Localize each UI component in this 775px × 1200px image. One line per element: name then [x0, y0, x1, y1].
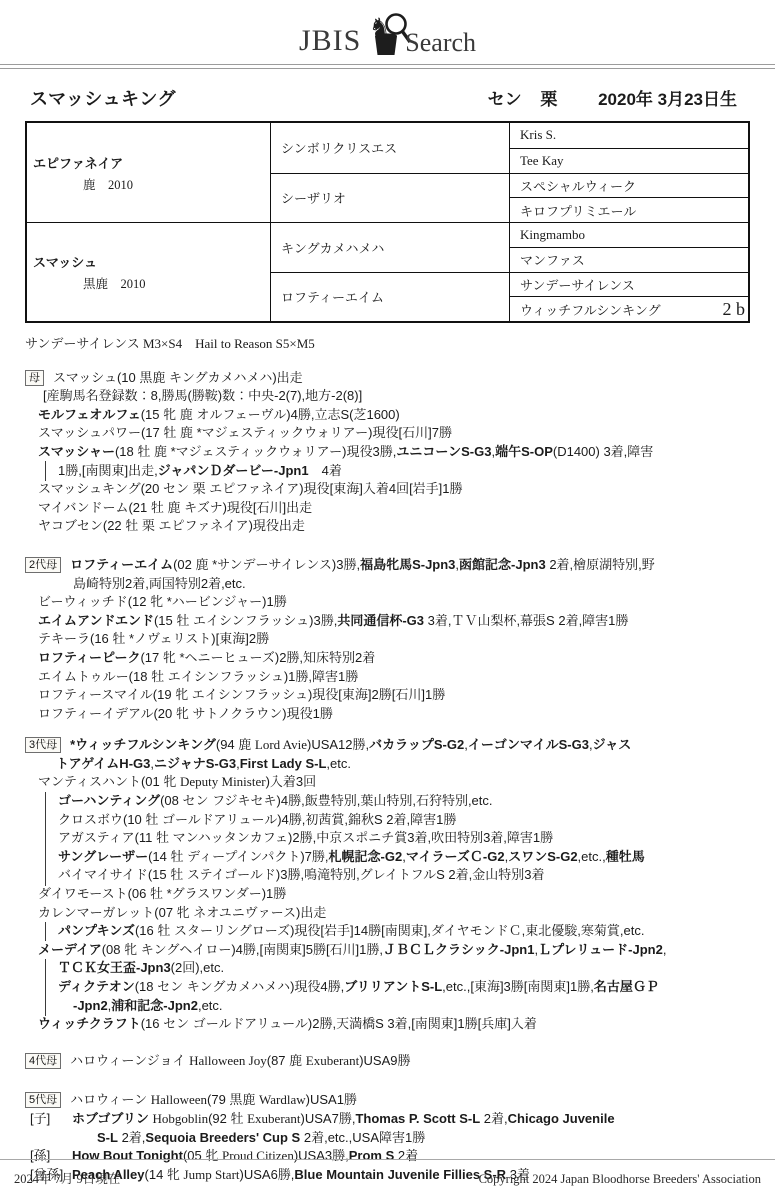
text-segment: マイバンドーム(21 牡 鹿 キズナ)現役[石川]出走	[38, 500, 312, 515]
dam-sire-cell: キングカメハメハ	[270, 222, 509, 272]
pedigree-line: ＴＣＫ女王盃-Jpn3(2回),etc.	[25, 959, 755, 978]
text-segment: ロフティーエイム	[70, 557, 173, 572]
text-segment: Halloween Joy	[189, 1053, 267, 1068]
text-segment: 福島牝馬S-Jpn3	[360, 557, 455, 572]
text-segment: ロフティースマイル(19 牝 エイシンフラッシュ)現役[東海]2勝[石川]1勝	[38, 687, 445, 702]
text-segment: ,	[663, 942, 667, 957]
generation-badge: 母	[25, 370, 44, 386]
pedigree-line: 3代母*ウィッチフルシンキング(94 鹿 Lord Avie)USA12勝,バカ…	[25, 736, 755, 755]
text-segment: )入着3回	[266, 774, 317, 789]
text-segment: 島崎特別2着,両国特別2着,etc.	[73, 576, 246, 591]
logo-header: JBIS ♞ Search	[0, 0, 775, 56]
text-segment: (79 黒鹿	[207, 1092, 259, 1107]
tree-connector-line	[45, 959, 46, 979]
text-segment: スマッシャー	[38, 444, 115, 459]
tree-connector-line	[45, 866, 46, 886]
text-segment: (94 鹿	[216, 737, 255, 752]
generation-badge: 5代母	[25, 1092, 61, 1108]
pedigree-line: エイムアンドエンド(15 牡 エイシンフラッシュ)3勝,共同通信杯-G3 3着,…	[25, 612, 755, 631]
title-bar: スマッシュキング セン 栗 2020年 3月23日生	[0, 69, 775, 119]
text-segment: ディクテオン	[58, 979, 135, 994]
pedigree-line: [子]ホブゴブリン Hobgoblin(92 牡 Exuberant)USA7勝…	[25, 1110, 755, 1129]
gen3-name: ウィッチフルシンキング	[520, 300, 661, 319]
text-segment: (92 牡	[208, 1111, 247, 1126]
logo-text-search: Search	[405, 30, 476, 56]
as-of-date: 2024年 7月 9日現在	[14, 1169, 120, 1187]
pedigree-line: カレンマーガレット(07 牝 ネオユニヴァース)出走	[25, 904, 755, 923]
text-segment: Sequoia Breeders' Cup S	[145, 1130, 300, 1145]
text-segment: サングレーザー	[58, 849, 148, 864]
pedigree-line: 島崎特別2着,両国特別2着,etc.	[25, 575, 755, 594]
text-segment: ビーウィッチド(12 牝 *ハービンジャー)1勝	[38, 594, 287, 609]
gen3-cell: サンデーサイレンス	[509, 272, 748, 297]
pedigree-line: ダイワモースト(06 牡 *グラスワンダー)1勝	[25, 885, 755, 904]
text-segment: 2着,	[118, 1130, 145, 1145]
pedigree-line: バイマイサイド(15 牡 ステイゴールド)3勝,鳴滝特別,グレイトフルS 2着,…	[25, 866, 755, 885]
text-segment: ダイワモースト(06 牡 *グラスワンダー)1勝	[38, 886, 286, 901]
generation-badge: 2代母	[25, 557, 61, 573]
text-segment: イーゴンマイルS-G3	[468, 737, 589, 752]
text-segment: ハロウィーン	[70, 1092, 151, 1107]
text-segment: メーデイア	[38, 942, 102, 957]
pedigree-line: エイムトゥルー(18 牡 エイシンフラッシュ)1勝,障害1勝	[25, 668, 755, 687]
text-segment: Ｌプレリュード-Jpn2	[538, 942, 663, 957]
dam-cell: スマッシュ 黒鹿 2010	[27, 222, 270, 321]
page-mark: 2 b	[723, 299, 749, 320]
generation-badge: 4代母	[25, 1053, 61, 1069]
pedigree-line: 母スマッシュ(10 黒鹿 キングカメハメハ)出走	[25, 369, 755, 388]
pedigree-line: アガスティア(11 牡 マンハッタンカフェ)2勝,中京スポニチ賞3着,吹田特別3…	[25, 829, 755, 848]
sire-cell: エピファネイア 鹿 2010	[27, 123, 270, 222]
text-segment: 1勝,[南関東]出走,	[58, 463, 158, 478]
text-segment: Exuberant	[306, 1053, 359, 1068]
text-segment: (08 セン フジキセキ)4勝,飯豊特別,葉山特別,石狩特別,etc.	[160, 793, 492, 808]
generation-badge: 3代母	[25, 737, 61, 753]
pedigree-line: 4代母ハロウィーンジョイ Halloween Joy(87 鹿 Exuberan…	[25, 1052, 755, 1071]
gen3-cell: Kingmambo	[509, 222, 748, 247]
pedigree-line: マンティスハント(01 牝 Deputy Minister)入着3回	[25, 773, 755, 792]
text-segment: スマッシュパワー(17 牡 鹿 *マジェスティックウォリアー)現役[石川]7勝	[38, 425, 452, 440]
gen3-cell: マンファス	[509, 247, 748, 272]
text-segment: (17 牝 *ヘニーヒューズ)2勝,知床特別2着	[140, 650, 375, 665]
text-segment: ホブゴブリン	[72, 1111, 149, 1126]
text-segment: )USA9勝	[359, 1053, 410, 1068]
pedigree-line: パンプキンズ(16 牡 スターリングローズ)現役[岩手]14勝[南関東],ダイヤ…	[25, 922, 755, 941]
text-segment: カレンマーガレット(07 牝 ネオユニヴァース)出走	[38, 905, 326, 920]
pedigree-line: ビーウィッチド(12 牝 *ハービンジャー)1勝	[25, 593, 755, 612]
gen3-cell: キロフプリミエール	[509, 197, 748, 222]
text-segment: Exuberant	[247, 1111, 300, 1126]
copyright-text: Copyright 2024 Japan Bloodhorse Breeders…	[479, 1172, 761, 1187]
text-segment: )USA1勝	[306, 1092, 357, 1107]
pedigree-line: ロフティーイデアル(20 牝 サトノクラウン)現役1勝	[25, 705, 755, 724]
text-segment: 共同通信杯-G3	[337, 613, 424, 628]
horse-name-title: スマッシュキング	[30, 85, 176, 111]
text-segment: トアゲイムH-G3	[56, 756, 150, 771]
dam-name: スマッシュ	[33, 252, 270, 271]
pedigree-line: ゴーハンティング(08 セン フジキセキ)4勝,飯豊特別,葉山特別,石狩特別,e…	[25, 792, 755, 811]
family-section-inbreeding: サンデーサイレンス M3×S4 Hail to Reason S5×M5	[25, 335, 755, 354]
text-segment: Hobgoblin	[152, 1111, 208, 1126]
tree-connector-line	[45, 922, 46, 942]
text-segment: Thomas P. Scott S-L	[355, 1111, 480, 1126]
text-segment: ヤコブセン(22 牡 栗 エピファネイア)現役出走	[38, 518, 305, 533]
text-segment: ジャス	[593, 737, 632, 752]
family-section-g3: 3代母*ウィッチフルシンキング(94 鹿 Lord Avie)USA12勝,バカ…	[25, 736, 755, 1034]
pedigree-line: テキーラ(16 牡 *ノヴェリスト)[東海]2勝	[25, 630, 755, 649]
text-segment: モルフェオルフェ	[38, 407, 141, 422]
logo-text-jbis: JBIS	[299, 26, 361, 56]
text-segment: Chicago Juvenile	[508, 1111, 615, 1126]
pedigree-line: ディクテオン(18 セン キングカメハメハ)現役4勝,ブリリアントS-L,etc…	[25, 978, 755, 997]
pedigree-line: トアゲイムH-G3,ニジャナS-G3,First Lady S-L,etc.	[25, 755, 755, 774]
text-segment: テキーラ(16 牡 *ノヴェリスト)[東海]2勝	[38, 631, 269, 646]
text-segment: ブリリアントS-L	[344, 979, 442, 994]
family-section-g2: 2代母ロフティーエイム(02 鹿 *サンデーサイレンス)3勝,福島牝馬S-Jpn…	[25, 556, 755, 723]
family-section-dam: 母スマッシュ(10 黒鹿 キングカメハメハ)出走[産駒馬名登録数：8,勝馬(勝鞍…	[25, 369, 755, 536]
text-segment: *ウィッチフルシンキング	[70, 737, 216, 752]
text-segment: スマッシュキング(20 セン 栗 エピファネイア)現役[東海]入着4回[岩手]1…	[38, 481, 463, 496]
text-segment: Deputy Minister	[180, 774, 266, 789]
pedigree-line: 1勝,[南関東]出走,ジャパンＤダービー-Jpn1 4着	[25, 462, 755, 481]
text-segment: 函館記念-Jpn3	[459, 557, 546, 572]
text-segment: ＪＢＣＬクラシック-Jpn1	[383, 942, 534, 957]
pedigree-line: 5代母ハロウィーン Halloween(79 黒鹿 Wardlaw)USA1勝	[25, 1091, 755, 1110]
text-segment: Halloween	[151, 1092, 207, 1107]
text-segment: (D1400) 3着,障害	[553, 444, 653, 459]
pedigree-line: スマッシュパワー(17 牡 鹿 *マジェスティックウォリアー)現役[石川]7勝	[25, 424, 755, 443]
family-sections: サンデーサイレンス M3×S4 Hail to Reason S5×M5母スマッ…	[0, 335, 775, 1184]
text-segment: First Lady S-L	[240, 756, 327, 771]
text-segment: バイマイサイド(15 牡 ステイゴールド)3勝,鳴滝特別,グレイトフルS 2着,…	[58, 867, 544, 882]
text-segment: S-L	[97, 1130, 118, 1145]
pedigree-table: エピファネイア 鹿 2010 スマッシュ 黒鹿 2010 シンボリクリスエス シ…	[25, 121, 750, 323]
text-segment: エイムアンドエンド	[38, 613, 154, 628]
text-segment: 4着	[309, 463, 342, 478]
text-segment: (15 牡 エイシンフラッシュ)3勝,	[154, 613, 337, 628]
horse-meta: セン 栗 2020年 3月23日生	[488, 85, 737, 110]
pedigree-line: サンデーサイレンス M3×S4 Hail to Reason S5×M5	[25, 335, 755, 354]
sire-sire-cell: シンボリクリスエス	[270, 123, 509, 173]
text-segment: ロフティーイデアル(20 牝 サトノクラウン)現役1勝	[38, 706, 333, 721]
pedigree-line: サングレーザー(14 牡 ディープインパクト)7勝,札幌記念-G2,マイラーズＣ…	[25, 848, 755, 867]
text-segment: )USA7勝,	[301, 1111, 356, 1126]
text-segment: (2回),etc.	[171, 960, 224, 975]
text-segment: ウィッチクラフト	[38, 1016, 141, 1031]
pedigree-line: [産駒馬名登録数：8,勝馬(勝鞍)数：中央-2(7),地方-2(8)]	[25, 387, 755, 406]
text-segment: エイムトゥルー(18 牡 エイシンフラッシュ)1勝,障害1勝	[38, 669, 358, 684]
tree-connector-line	[45, 996, 46, 1016]
text-segment: (15 牝 鹿 オルフェーヴル)4勝,立志S(芝1600)	[141, 407, 400, 422]
gen3-cell: スペシャルウィーク	[509, 173, 748, 198]
text-segment: サンデーサイレンス	[25, 336, 143, 351]
gen3-cell: Tee Kay	[509, 148, 748, 173]
text-segment: (16 セン ゴールドアリュール)2勝,天満橋S 3着,[南関東]1勝[兵庫]入…	[141, 1016, 537, 1031]
text-segment: )USA12勝,	[307, 737, 369, 752]
text-segment: M3×S4	[143, 336, 182, 351]
text-segment: Hail to Reason S5×M5	[195, 336, 315, 351]
text-segment: ニジャナS-G3	[154, 756, 236, 771]
tree-connector-line	[45, 792, 46, 812]
pedigree-line: マイバンドーム(21 牡 鹿 キズナ)現役[石川]出走	[25, 499, 755, 518]
pedigree-line: モルフェオルフェ(15 牝 鹿 オルフェーヴル)4勝,立志S(芝1600)	[25, 406, 755, 425]
text-segment: 2着,檜原湖特別,野	[546, 557, 655, 572]
text-segment	[182, 336, 195, 351]
text-segment: 浦和記念-Jpn2	[111, 998, 198, 1013]
gen3-cell: ウィッチフルシンキング 2 b	[509, 296, 748, 321]
pedigree-line: ロフティーピーク(17 牝 *ヘニーヒューズ)2勝,知床特別2着	[25, 649, 755, 668]
pedigree-line: ヤコブセン(22 牡 栗 エピファネイア)現役出走	[25, 517, 755, 536]
text-segment: ,etc.	[326, 756, 351, 771]
pedigree-line: クロスボウ(10 牡 ゴールドアリュール)4勝,初茜賞,錦秋S 2着,障害1勝	[25, 811, 755, 830]
tree-connector-line	[45, 829, 46, 849]
text-segment: Wardlaw	[259, 1092, 306, 1107]
text-segment: (16 牡 スターリングローズ)現役[岩手]14勝[南関東],ダイヤモンドＣ,東…	[135, 923, 644, 938]
text-segment: ユニコーンS-G3	[396, 444, 491, 459]
tree-connector-line	[45, 847, 46, 867]
text-segment: ゴーハンティング	[58, 793, 160, 808]
pedigree-line: 2代母ロフティーエイム(02 鹿 *サンデーサイレンス)3勝,福島牝馬S-Jpn…	[25, 556, 755, 575]
text-segment: ロフティーピーク	[38, 650, 140, 665]
text-segment: -Jpn2	[73, 998, 108, 1013]
text-segment: アガスティア(11 牡 マンハッタンカフェ)2勝,中京スポニチ賞3着,吹田特別3…	[58, 830, 553, 845]
dam-coat-year: 黒鹿 2010	[33, 274, 270, 292]
page-footer: 2024年 7月 9日現在 Copyright 2024 Japan Blood…	[0, 1159, 775, 1200]
text-segment: マイラーズＣ-G2	[406, 849, 505, 864]
pedigree-line: -Jpn2,浦和記念-Jpn2,etc.	[25, 997, 755, 1016]
text-segment: (87 鹿	[267, 1053, 306, 1068]
text-segment: 札幌記念-G2	[329, 849, 403, 864]
jbis-search-logo: JBIS ♞ Search	[299, 12, 476, 56]
text-segment: 名古屋ＧＰ	[594, 979, 659, 994]
dam-dam-cell: ロフティーエイム	[270, 272, 509, 322]
text-segment: ,etc.	[198, 998, 223, 1013]
text-segment: 2着,	[480, 1111, 507, 1126]
text-segment: (18 牡 鹿 *マジェスティックウォリアー)現役3勝,	[115, 444, 396, 459]
text-segment: (14 牡 ディープインパクト)7勝,	[148, 849, 328, 864]
text-segment: スマッシュ(10 黒鹿 キングカメハメハ)出走	[53, 370, 303, 385]
horse-birthdate: 2020年 3月23日生	[598, 90, 737, 109]
text-segment: 端午S-OP	[495, 444, 553, 459]
pedigree-line: スマッシャー(18 牡 鹿 *マジェスティックウォリアー)現役3勝,ユニコーンS…	[25, 443, 755, 462]
text-segment: 種牡馬	[606, 849, 645, 864]
pedigree-line: ウィッチクラフト(16 セン ゴールドアリュール)2勝,天満橋S 3着,[南関東…	[25, 1015, 755, 1034]
descendant-label: [子]	[30, 1110, 72, 1129]
horse-coat: 栗	[540, 90, 557, 109]
text-segment: パンプキンズ	[58, 923, 135, 938]
pedigree-line: ロフティースマイル(19 牝 エイシンフラッシュ)現役[東海]2勝[石川]1勝	[25, 686, 755, 705]
pedigree-report-page: JBIS ♞ Search スマッシュキング セン 栗 2020年 3月23日生…	[0, 0, 775, 1200]
text-segment: 2着,etc.,USA障害1勝	[300, 1130, 425, 1145]
sire-name: エピファネイア	[33, 153, 270, 172]
sire-dam-cell: シーザリオ	[270, 173, 509, 223]
text-segment: Lord Avie	[255, 737, 307, 752]
pedigree-line: メーデイア(08 牝 キングヘイロー)4勝,[南関東]5勝[石川]1勝,ＪＢＣＬ…	[25, 941, 755, 960]
gen3-cell: Kris S.	[509, 123, 748, 148]
text-segment: (08 牝 キングヘイロー)4勝,[南関東]5勝[石川]1勝,	[102, 942, 383, 957]
text-segment: [産駒馬名登録数：8,勝馬(勝鞍)数：中央-2(7),地方-2(8)]	[43, 388, 362, 403]
text-segment: 3着,ＴＶ山梨杯,幕張S 2着,障害1勝	[424, 613, 628, 628]
text-segment: ハロウィーンジョイ	[70, 1053, 189, 1068]
text-segment: クロスボウ(10 牡 ゴールドアリュール)4勝,初茜賞,錦秋S 2着,障害1勝	[58, 812, 456, 827]
pedigree-line: スマッシュキング(20 セン 栗 エピファネイア)現役[東海]入着4回[岩手]1…	[25, 480, 755, 499]
text-segment: スワンS-G2	[508, 849, 577, 864]
text-segment: ,etc.,	[578, 849, 606, 864]
text-segment: (18 セン キングカメハメハ)現役4勝,	[135, 979, 345, 994]
pedigree-line: S-L 2着,Sequoia Breeders' Cup S 2着,etc.,U…	[25, 1129, 755, 1148]
family-section-g4: 4代母ハロウィーンジョイ Halloween Joy(87 鹿 Exuberan…	[25, 1052, 755, 1071]
tree-connector-line	[45, 978, 46, 998]
text-segment: (02 鹿 *サンデーサイレンス)3勝,	[173, 557, 360, 572]
text-segment: ＴＣＫ女王盃-Jpn3	[58, 960, 171, 975]
text-segment: ジャパンＤダービー-Jpn1	[158, 463, 309, 478]
text-segment: ,etc.,[東海]3勝[南関東]1勝,	[442, 979, 594, 994]
text-segment: マンティスハント(01 牝	[38, 774, 180, 789]
tree-connector-line	[45, 810, 46, 830]
text-segment: バカラップS-G2	[369, 737, 464, 752]
sire-coat-year: 鹿 2010	[33, 175, 270, 193]
horse-sex: セン	[488, 90, 522, 109]
tree-connector-line	[45, 461, 46, 481]
